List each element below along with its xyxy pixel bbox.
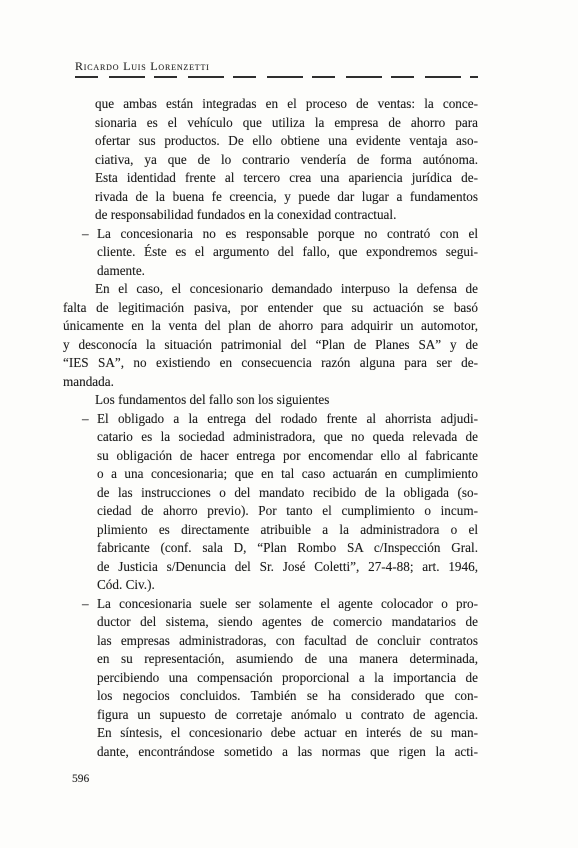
text-line: dante, encontrándose sometido a las norm… (97, 743, 478, 762)
text-line: o a una concesionaria; que en tal caso a… (97, 465, 478, 484)
text-line: fabricante (conf. sala D, “Plan Rombo SA… (97, 539, 478, 558)
text-line: figura un supuesto de corretaje anómalo … (97, 706, 478, 725)
paragraph: Los fundamentos del fallo son los siguie… (63, 391, 478, 410)
text-line: plimiento es directamente atribuible a l… (97, 521, 478, 540)
text-line: los negocios concluidos. También se ha c… (97, 687, 478, 706)
text-line: ciedad de ahorro previo). Por tanto el c… (97, 502, 478, 521)
page-body: que ambas están integradas en el proceso… (63, 95, 478, 761)
text-line: La concesionaria no es responsable porqu… (97, 225, 478, 244)
list-continuation: que ambas están integradas en el proceso… (63, 95, 478, 225)
text-line: Esta identidad frente al tercero crea un… (95, 169, 478, 188)
text-line: catario es la sociedad administradora, q… (97, 428, 478, 447)
text-line: ofertar sus productos. De ello obtiene u… (95, 132, 478, 151)
header-rule (75, 76, 478, 78)
text-line: falta de legitimación pasiva, por entend… (63, 299, 478, 318)
page-title: Ricardo Luis Lorenzetti (75, 59, 478, 74)
text-line: su obligación de hacer entrega por encom… (97, 447, 478, 466)
text-line: de las instrucciones o del mandato recib… (97, 484, 478, 503)
text-line: El obligado a la entrega del rodado fren… (97, 410, 478, 429)
paragraph: En el caso, el concesionario demandado i… (63, 280, 478, 391)
text-line: de responsabilidad fundados en la conexi… (95, 206, 478, 225)
text-line: y desconocía la situación patrimonial de… (63, 336, 478, 355)
list-item: –El obligado a la entrega del rodado fre… (63, 410, 478, 595)
text-line: únicamente en la venta del plan de ahorr… (63, 317, 478, 336)
text-line: Los fundamentos del fallo son los siguie… (63, 391, 478, 410)
text-line: las empresas administradoras, con facult… (97, 632, 478, 651)
text-line: En el caso, el concesionario demandado i… (63, 280, 478, 299)
text-line: rivada de la buena fe creencia, y puede … (95, 188, 478, 207)
list-dash: – (82, 410, 89, 429)
text-line: Cód. Civ.). (97, 576, 478, 595)
text-line: ductor del sistema, siendo agentes de co… (97, 613, 478, 632)
list-dash: – (82, 595, 89, 614)
text-line: “IES SA”, no existiendo en consecuencia … (63, 354, 478, 373)
text-line: de Justicia s/Denuncia del Sr. José Cole… (97, 558, 478, 577)
text-line: sionaria es el vehículo que utiliza la e… (95, 114, 478, 133)
running-header: Ricardo Luis Lorenzetti (75, 59, 478, 78)
text-line: percibiendo una compensación proporciona… (97, 669, 478, 688)
list-item: –La concesionaria suele ser solamente el… (63, 595, 478, 762)
page-number: 596 (72, 773, 89, 785)
text-line: mandada. (63, 373, 478, 392)
text-line: que ambas están integradas en el proceso… (95, 95, 478, 114)
text-line: ciativa, ya que de lo contrario vendería… (95, 151, 478, 170)
text-line: en su representación, asumiendo de una m… (97, 650, 478, 669)
text-line: La concesionaria suele ser solamente el … (97, 595, 478, 614)
page-footer: 596 (72, 773, 89, 785)
list-dash: – (82, 225, 89, 244)
text-line: damente. (97, 262, 478, 281)
text-line: En síntesis, el concesionario debe actua… (97, 724, 478, 743)
book-page: Ricardo Luis Lorenzetti que ambas están … (0, 0, 578, 848)
list-item: –La concesionaria no es responsable porq… (63, 225, 478, 281)
text-line: cliente. Éste es el argumento del fallo,… (97, 243, 478, 262)
